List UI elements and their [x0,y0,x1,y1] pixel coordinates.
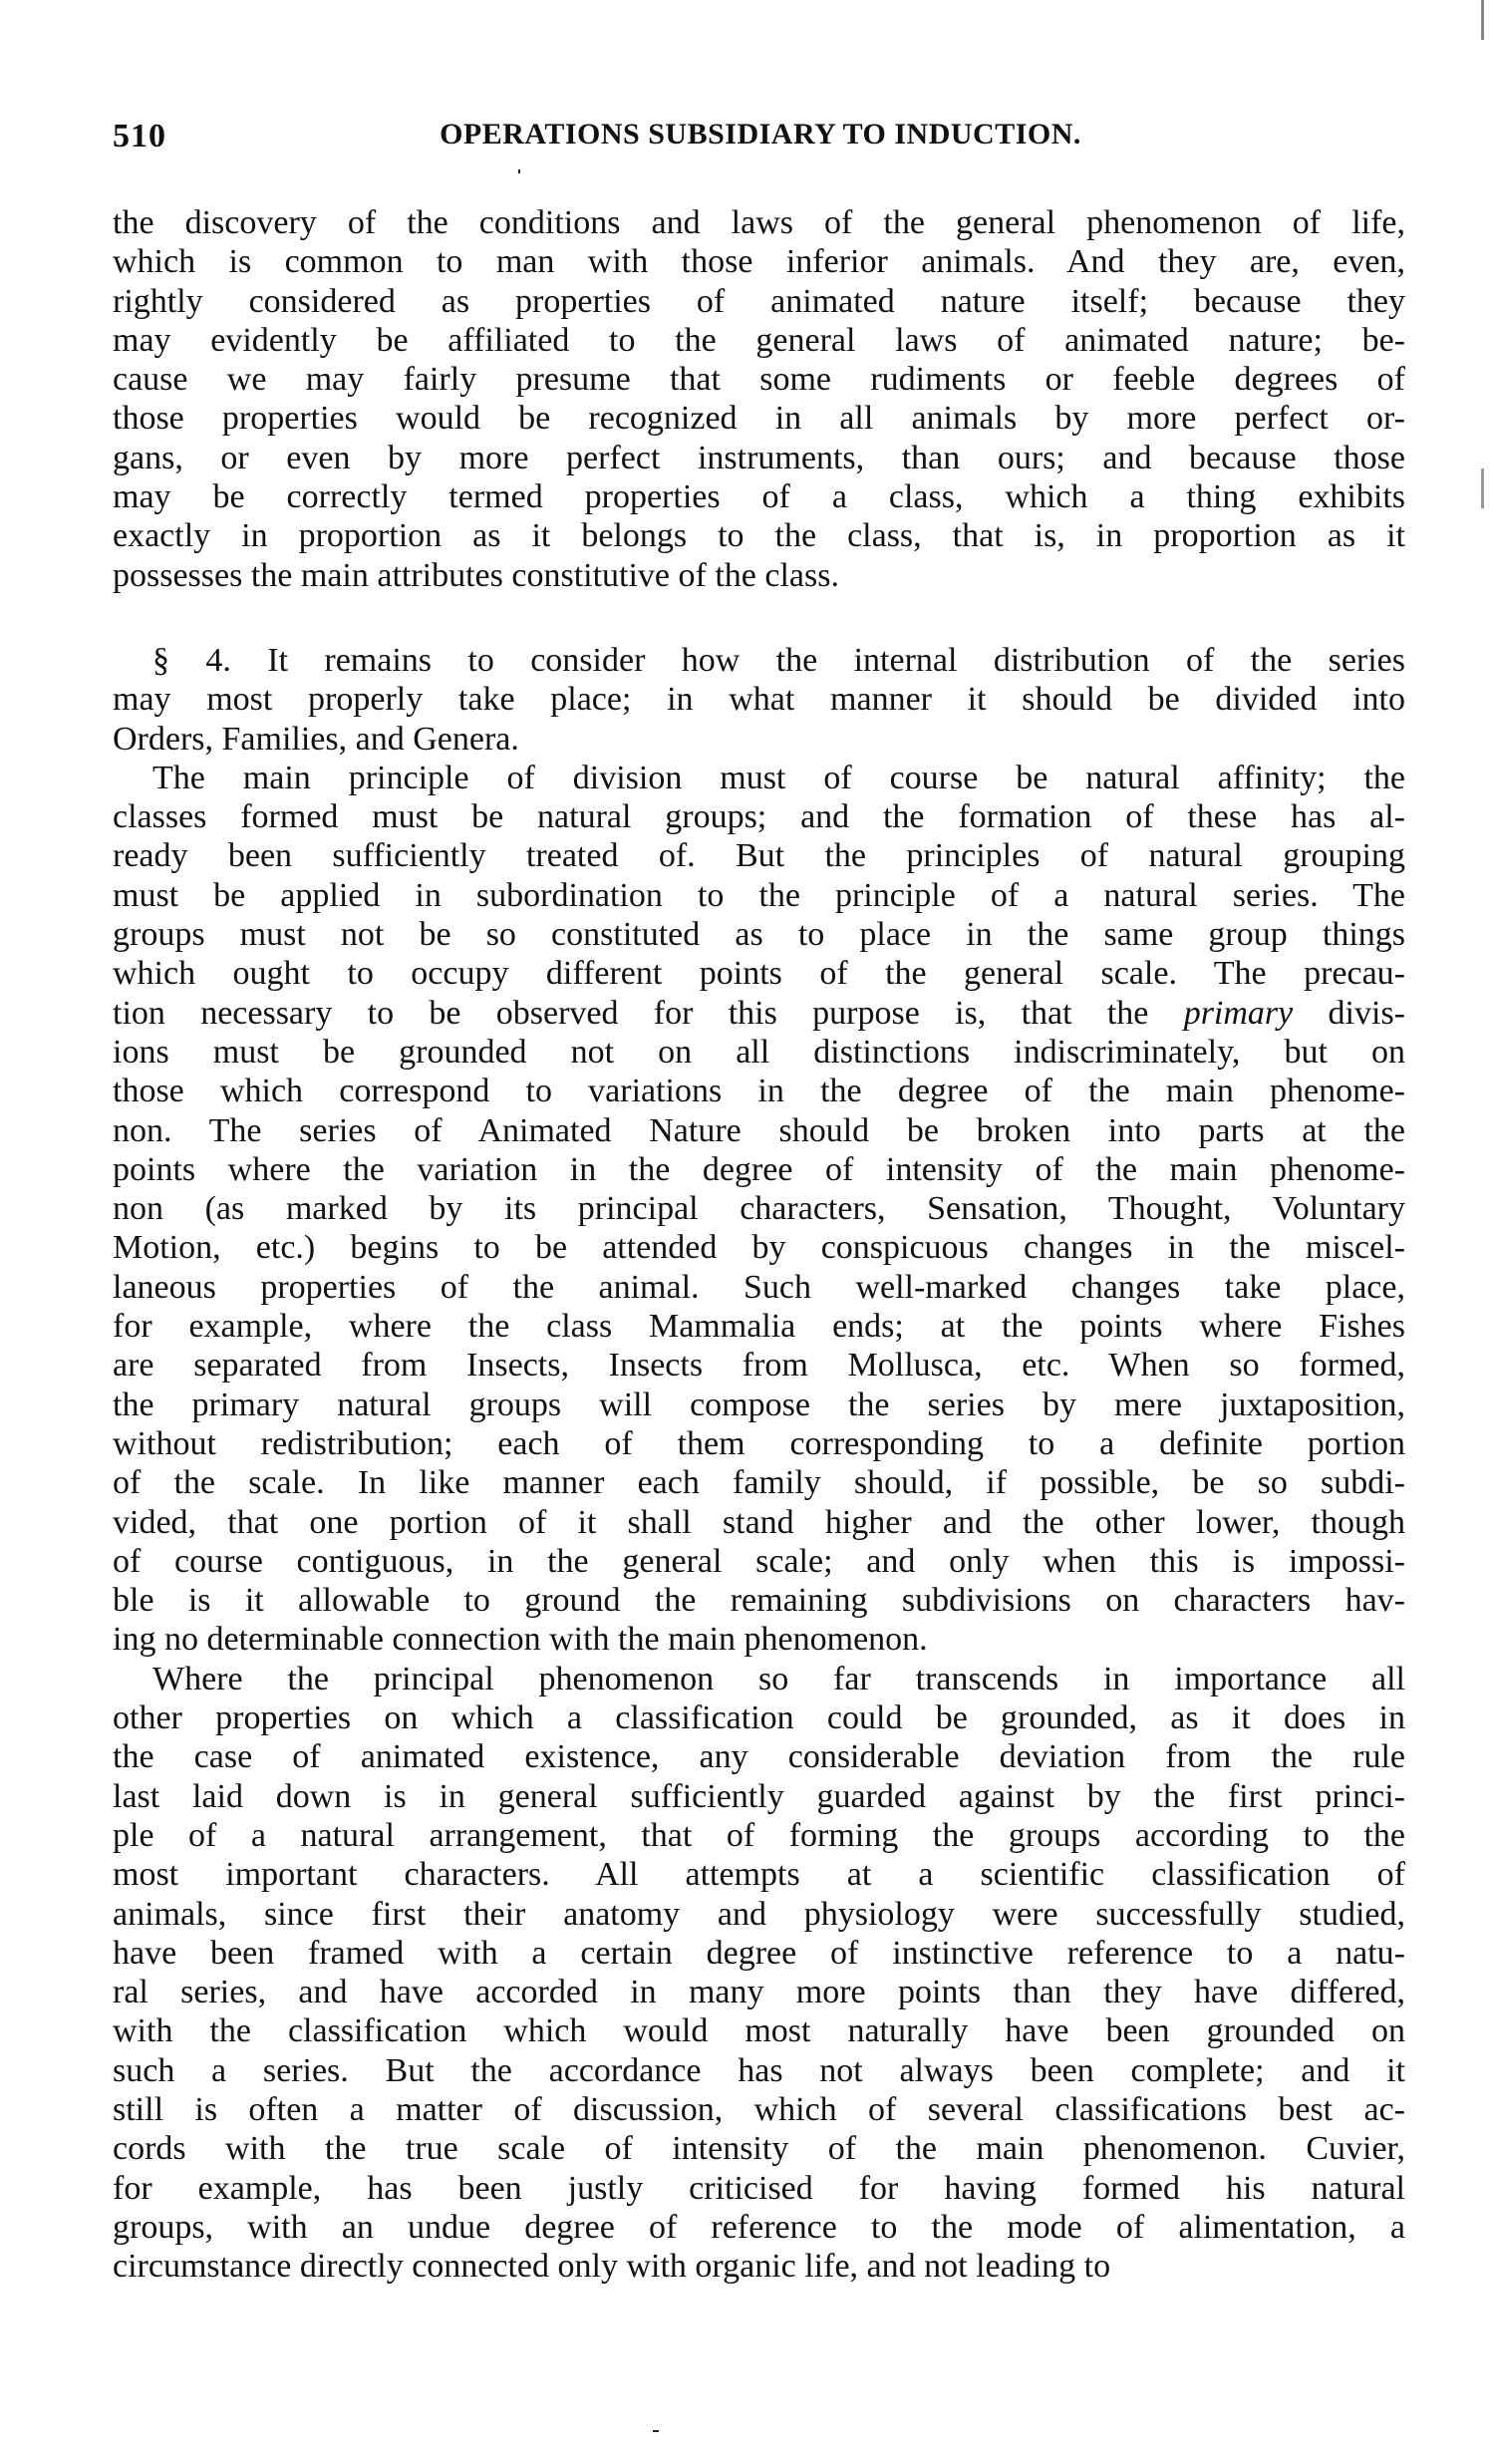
paragraph-principal-phenomenon: Where the principal phenomenon so far tr… [113,1660,1405,2287]
running-title: OPERATIONS SUBSIDIARY TO INDUCTION. [384,118,1137,152]
line-text: tion necessary to be observed for this p… [113,995,1184,1032]
text-line: cause we may fairly presume that some ru… [113,360,1405,399]
text-line: those which correspond to variations in … [113,1072,1405,1110]
text-line: have been framed with a certain degree o… [113,1934,1405,1973]
running-header: 510 OPERATIONS SUBSIDIARY TO INDUCTION. [113,118,1405,161]
text-line: points where the variation in the degree… [113,1150,1405,1189]
text-line: other properties on which a classificati… [113,1698,1405,1737]
text-line: laneous properties of the animal. Such w… [113,1268,1405,1307]
text-line: the discovery of the conditions and laws… [113,203,1405,242]
text-line: exactly in proportion as it belongs to t… [113,516,1405,555]
text-line: of course contiguous, in the general sca… [113,1542,1405,1581]
text-line: most important characters. All attempts … [113,1855,1405,1894]
text-line: those properties would be recognized in … [113,399,1405,438]
paragraph-main-principle: The main principle of division must of c… [113,759,1405,1660]
text-line: non (as marked by its principal characte… [113,1189,1405,1228]
text-line: without redistribution; each of them cor… [113,1424,1405,1463]
book-page: 510 OPERATIONS SUBSIDIARY TO INDUCTION. … [0,0,1490,2464]
text-line: groups must not be so constituted as to … [113,915,1405,954]
text-line: ble is it allowable to ground the remain… [113,1581,1405,1620]
text-line: the case of animated existence, any cons… [113,1737,1405,1776]
text-line: ple of a natural arrangement, that of fo… [113,1816,1405,1855]
text-line: such a series. But the accordance has no… [113,2051,1405,2090]
text-line: for example, has been justly criticised … [113,2169,1405,2208]
text-line: the primary natural groups will compose … [113,1386,1405,1424]
text-line: cords with the true scale of intensity o… [113,2129,1405,2168]
text-line: may evidently be affiliated to the gener… [113,321,1405,360]
text-line: Motion, etc.) begins to be attended by c… [113,1228,1405,1267]
text-line: classes formed must be natural groups; a… [113,797,1405,836]
text-line: groups, with an undue degree of referenc… [113,2208,1405,2247]
paragraph-section-4: § 4. It remains to consider how the inte… [113,641,1405,759]
text-line: last laid down is in general sufficientl… [113,1777,1405,1816]
scan-speck [518,169,520,173]
margin-scan-noise [1481,0,1484,40]
text-line: ing no determinable connection with the … [113,1620,1405,1659]
text-line: are separated from Insects, Insects from… [113,1346,1405,1385]
text-line: possesses the main attributes constituti… [113,556,1405,595]
text-line: Orders, Families, and Genera. [113,720,1405,759]
text-line: ral series, and have accorded in many mo… [113,1973,1405,2011]
page-number: 510 [113,118,166,155]
text-line: vided, that one portion of it shall stan… [113,1503,1405,1542]
text-line: with the classification which would most… [113,2011,1405,2050]
text-line: still is often a matter of discussion, w… [113,2090,1405,2129]
text-line: ready been sufficiently treated of. But … [113,836,1405,875]
text-line: animals, since first their anatomy and p… [113,1895,1405,1934]
paragraph-continuation: the discovery of the conditions and laws… [113,203,1405,595]
margin-scan-noise [1481,468,1484,508]
text-line: Where the principal phenomenon so far tr… [113,1660,1405,1698]
scan-speck [653,2430,659,2432]
text-line: gans, or even by more perfect instrument… [113,439,1405,477]
text-line: non. The series of Animated Nature shoul… [113,1111,1405,1150]
text-line: may be correctly termed properties of a … [113,477,1405,516]
text-line: which is common to man with those inferi… [113,242,1405,281]
text-line: of the scale. In like manner each family… [113,1463,1405,1502]
text-line: may most properly take place; in what ma… [113,680,1405,719]
text-line: § 4. It remains to consider how the inte… [113,641,1405,680]
text-line: rightly considered as properties of anim… [113,282,1405,321]
text-line: ions must be grounded not on all distinc… [113,1033,1405,1072]
text-line: The main principle of division must of c… [113,759,1405,797]
text-line: for example, where the class Mammalia en… [113,1307,1405,1346]
text-line: must be applied in subordination to the … [113,876,1405,915]
line-text: divis- [1293,995,1405,1032]
text-line: circumstance directly connected only wit… [113,2247,1405,2286]
italic-emphasis: primary [1184,995,1294,1032]
text-line: which ought to occupy different points o… [113,954,1405,993]
text-line: tion necessary to be observed for this p… [113,994,1405,1033]
